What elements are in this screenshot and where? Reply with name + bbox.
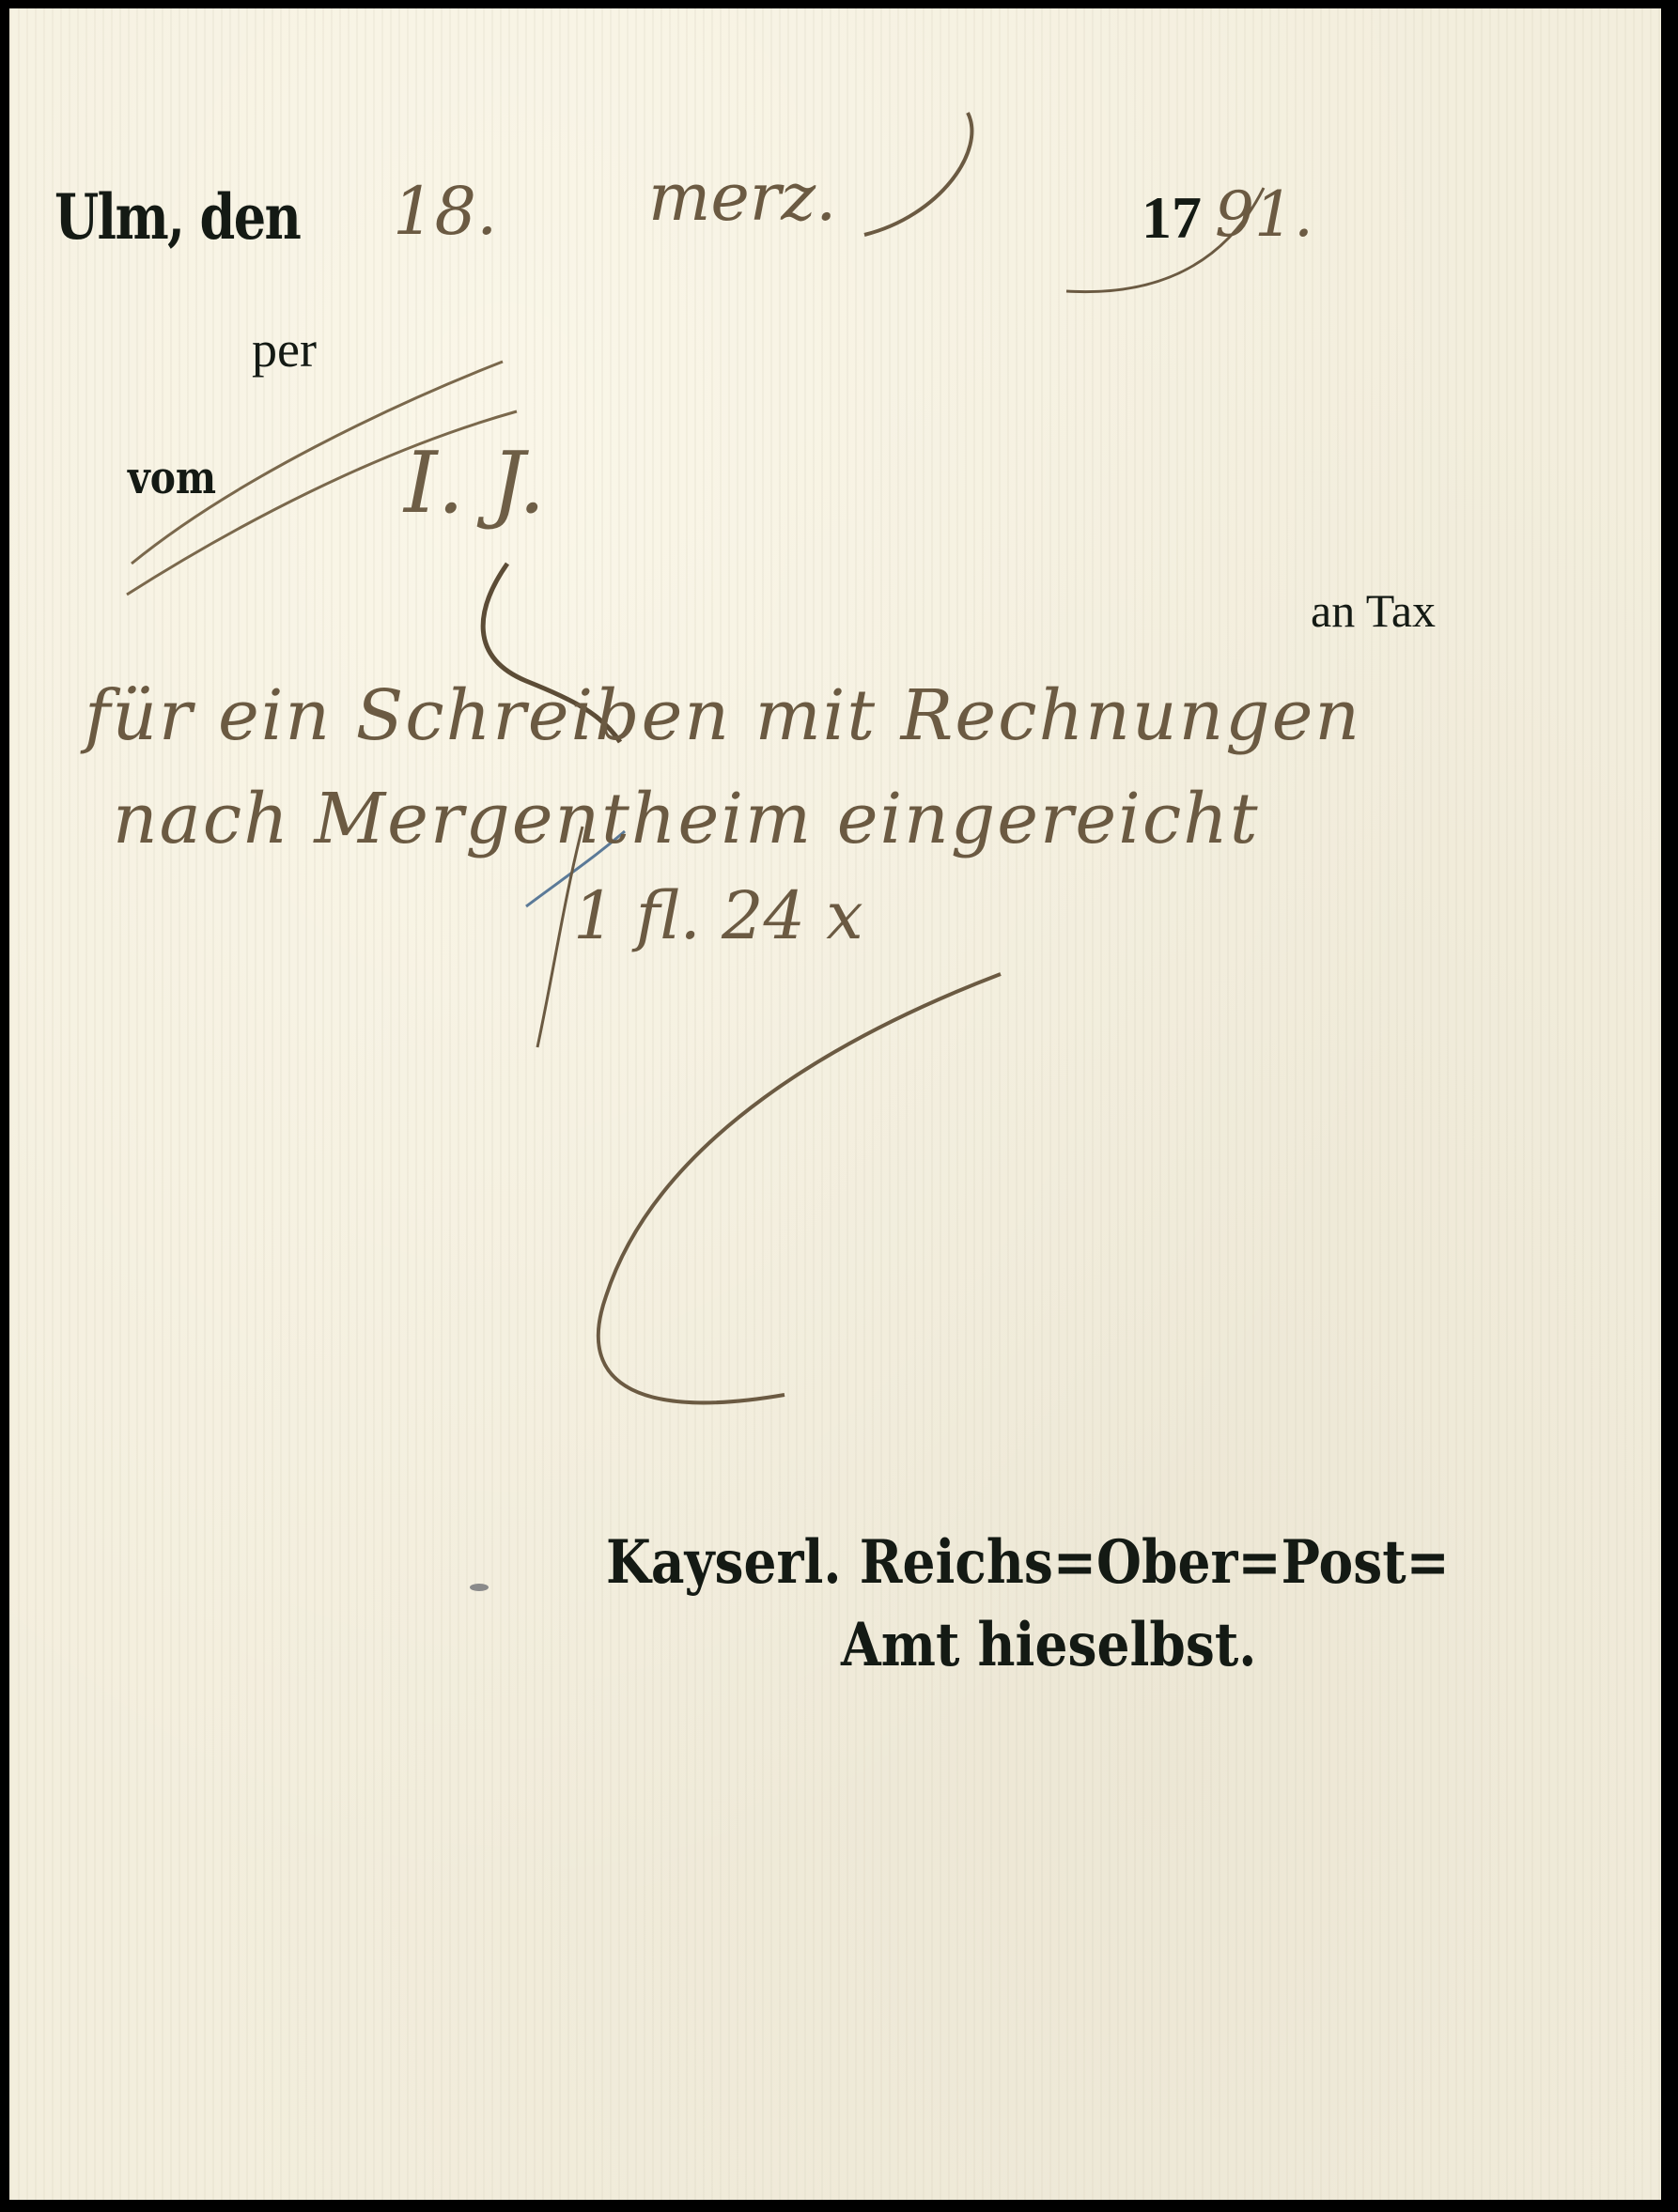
handwritten-month: merz. xyxy=(648,164,836,230)
body-line-1: für ein Schreiben mit Rechnungen xyxy=(85,681,1361,750)
postage-amount: 1 fl. 24 x xyxy=(573,883,863,949)
place-date-label: Ulm, den xyxy=(54,186,300,248)
handwritten-year-suffix: 91. xyxy=(1215,184,1313,246)
sender-initials: I. J. xyxy=(404,441,545,526)
handwritten-day: 18. xyxy=(393,178,497,244)
per-label: per xyxy=(252,324,317,375)
from-label: vom xyxy=(128,456,216,501)
printed-year-prefix: 17 xyxy=(1142,188,1202,248)
tax-label: an Tax xyxy=(1311,587,1436,634)
body-line-2: nach Mergentheim eingereicht xyxy=(113,784,1260,854)
office-stamp-line-1: Kayserl. Reichs=Ober=Post= xyxy=(606,1533,1450,1593)
office-stamp-line-2: Amt hieselbst. xyxy=(841,1616,1256,1676)
